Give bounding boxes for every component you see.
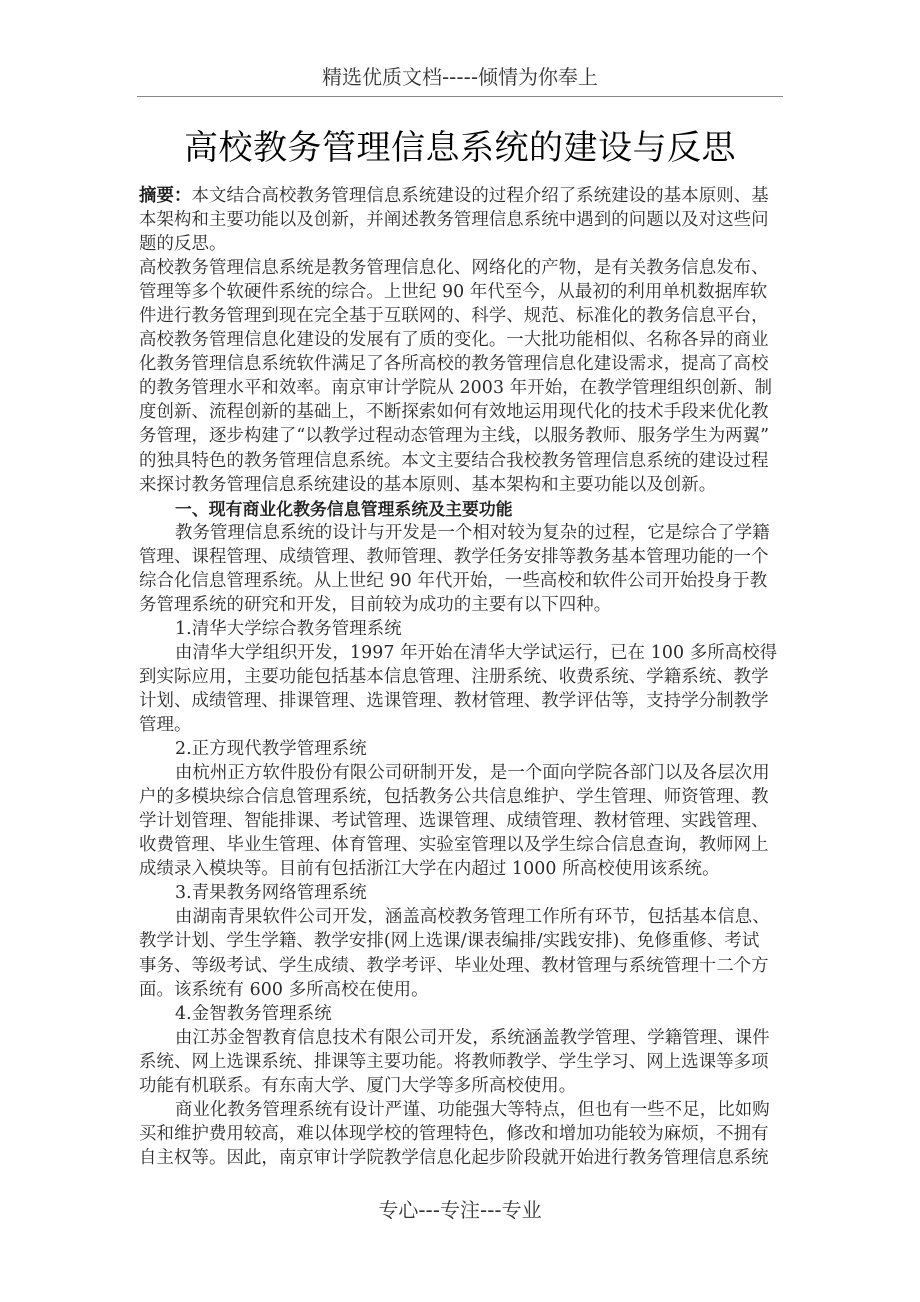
subsection-heading: 2.正方现代教学管理系统 (139, 737, 784, 761)
footer-text: 专心---专注---专业 (378, 1198, 541, 1222)
subsection-heading: 3.青果教务网络管理系统 (139, 881, 784, 905)
paragraph-line: 高校教务管理信息系统是教务管理信息化、网络化的产物，是有关教务信息发布、 (139, 256, 784, 280)
system-item-jinzhi: 4.金智教务管理系统 由江苏金智教育信息技术有限公司开发，系统涵盖教学管理、学籍… (139, 1002, 784, 1098)
page-header: 精选优质文档-----倾情为你奉上 (137, 62, 783, 97)
abstract-line: 本架构和主要功能以及创新，并阐述教务管理信息系统中遇到的问题以及对这些问 (139, 208, 784, 232)
paragraph-line: 商业化教务管理系统有设计严谨、功能强大等特点，但也有一些不足，比如购 (139, 1098, 784, 1122)
paragraph-line: 管理。 (139, 713, 784, 737)
paragraph-line: 务管理，逐步构建了“以教学过程动态管理为主线，以服务教师、服务学生为两翼” (139, 424, 784, 448)
paragraph-line: 由清华大学组织开发，1997 年开始在清华大学试运行，已在 100 多所高校得 (139, 641, 784, 665)
paragraph-line: 的独具特色的教务管理信息系统。本文主要结合我校教务管理信息系统的建设过程 (139, 449, 784, 473)
paragraph-line: 功能有机联系。有东南大学、厦门大学等多所高校使用。 (139, 1074, 784, 1098)
paragraph-line: 学计划管理、智能排课、考试管理、选课管理、成绩管理、教材管理、实践管理、 (139, 809, 784, 833)
document-title: 高校教务管理信息系统的建设与反思 (0, 124, 920, 172)
paragraph-line: 收费管理、毕业生管理、体育管理、实验室管理以及学生综合信息查询，教师网上 (139, 833, 784, 857)
paragraph-line: 度创新、流程创新的基础上，不断探索如何有效地运用现代化的技术手段来优化教 (139, 400, 784, 424)
paragraph-line: 教务管理信息系统的设计与开发是一个相对较为复杂的过程，它是综合了学籍 (139, 521, 784, 545)
paragraph-line: 自主权等。因此，南京审计学院教学信息化起步阶段就开始进行教务管理信息系统 (139, 1146, 784, 1170)
paragraph-line: 系统、网上选课系统、排课等主要功能。将教师教学、学生学习、网上选课等多项 (139, 1050, 784, 1074)
system-item-tsinghua: 1.清华大学综合教务管理系统 由清华大学组织开发，1997 年开始在清华大学试运… (139, 617, 784, 737)
subsection-heading: 4.金智教务管理系统 (139, 1002, 784, 1026)
paragraph-line: 户的多模块综合信息管理系统，包括教务公共信息维护、学生管理、师资管理、教 (139, 785, 784, 809)
paragraph-line: 的教务管理水平和效率。南京审计学院从 2003 年开始，在教学管理组织创新、制 (139, 376, 784, 400)
paragraph-line: 事务、等级考试、学生成绩、教学考评、毕业处理、教材管理与系统管理十二个方 (139, 954, 784, 978)
paragraph-line: 高校教务管理信息化建设的发展有了质的变化。一大批功能相似、名称各异的商业 (139, 328, 784, 352)
paragraph-line: 由湖南青果软件公司开发，涵盖高校教务管理工作所有环节，包括基本信息、 (139, 905, 784, 929)
section-heading: 一、现有商业化教务信息管理系统及主要功能 (139, 497, 784, 521)
conclusion-paragraph: 商业化教务管理系统有设计严谨、功能强大等特点，但也有一些不足，比如购 买和维护费… (139, 1098, 784, 1170)
document-body: 摘要：本文结合高校教务管理信息系统建设的过程介绍了系统建设的基本原则、基 本架构… (139, 184, 784, 1170)
paragraph-line: 面。该系统有 600 多所高校在使用。 (139, 978, 784, 1002)
paragraph-line: 由杭州正方软件股份有限公司研制开发，是一个面向学院各部门以及各层次用 (139, 761, 784, 785)
abstract-label: 摘要： (139, 186, 191, 206)
paragraph-line: 综合化信息管理系统。从上世纪 90 年代开始，一些高校和软件公司开始投身于教 (139, 569, 784, 593)
paragraph-line: 管理等多个软硬件系统的综合。上世纪 90 年代至今，从最初的利用单机数据库软 (139, 280, 784, 304)
system-item-zhengfang: 2.正方现代教学管理系统 由杭州正方软件股份有限公司研制开发，是一个面向学院各部… (139, 737, 784, 881)
paragraph-line: 务管理系统的研究和开发，目前较为成功的主要有以下四种。 (139, 593, 784, 617)
paragraph-line: 由江苏金智教育信息技术有限公司开发，系统涵盖教学管理、学籍管理、课件 (139, 1026, 784, 1050)
paragraph-line: 件进行教务管理到现在完全基于互联网的、科学、规范、标准化的教务信息平台， (139, 304, 784, 328)
section-1: 一、现有商业化教务信息管理系统及主要功能 教务管理信息系统的设计与开发是一个相对… (139, 497, 784, 617)
paragraph-line: 到实际应用，主要功能包括基本信息管理、注册系统、收费系统、学籍系统、教学 (139, 665, 784, 689)
paragraph-line: 教学计划、学生学籍、教学安排(网上选课/课表编排/实践安排)、免修重修、考试 (139, 929, 784, 953)
header-text: 精选优质文档-----倾情为你奉上 (322, 65, 598, 89)
abstract: 摘要：本文结合高校教务管理信息系统建设的过程介绍了系统建设的基本原则、基 本架构… (139, 184, 784, 256)
page-footer: 专心---专注---专业 (0, 1196, 920, 1224)
paragraph-line: 来探讨教务管理信息系统建设的基本原则、基本架构和主要功能以及创新。 (139, 473, 784, 497)
paragraph-line: 成绩录入模块等。目前有包括浙江大学在内超过 1000 所高校使用该系统。 (139, 857, 784, 881)
abstract-line: 摘要：本文结合高校教务管理信息系统建设的过程介绍了系统建设的基本原则、基 (139, 184, 784, 208)
subsection-heading: 1.清华大学综合教务管理系统 (139, 617, 784, 641)
abstract-line: 题的反思。 (139, 232, 784, 256)
intro-paragraph: 高校教务管理信息系统是教务管理信息化、网络化的产物，是有关教务信息发布、 管理等… (139, 256, 784, 496)
system-item-qingguo: 3.青果教务网络管理系统 由湖南青果软件公司开发，涵盖高校教务管理工作所有环节，… (139, 881, 784, 1001)
paragraph-line: 计划、成绩管理、排课管理、选课管理、教材管理、教学评估等，支持学分制教学 (139, 689, 784, 713)
paragraph-line: 管理、课程管理、成绩管理、教师管理、教学任务安排等教务基本管理功能的一个 (139, 545, 784, 569)
paragraph-line: 化教务管理信息系统软件满足了各所高校的教务管理信息化建设需求，提高了高校 (139, 352, 784, 376)
paragraph-line: 买和维护费用较高，难以体现学校的管理特色，修改和增加功能较为麻烦，不拥有 (139, 1122, 784, 1146)
